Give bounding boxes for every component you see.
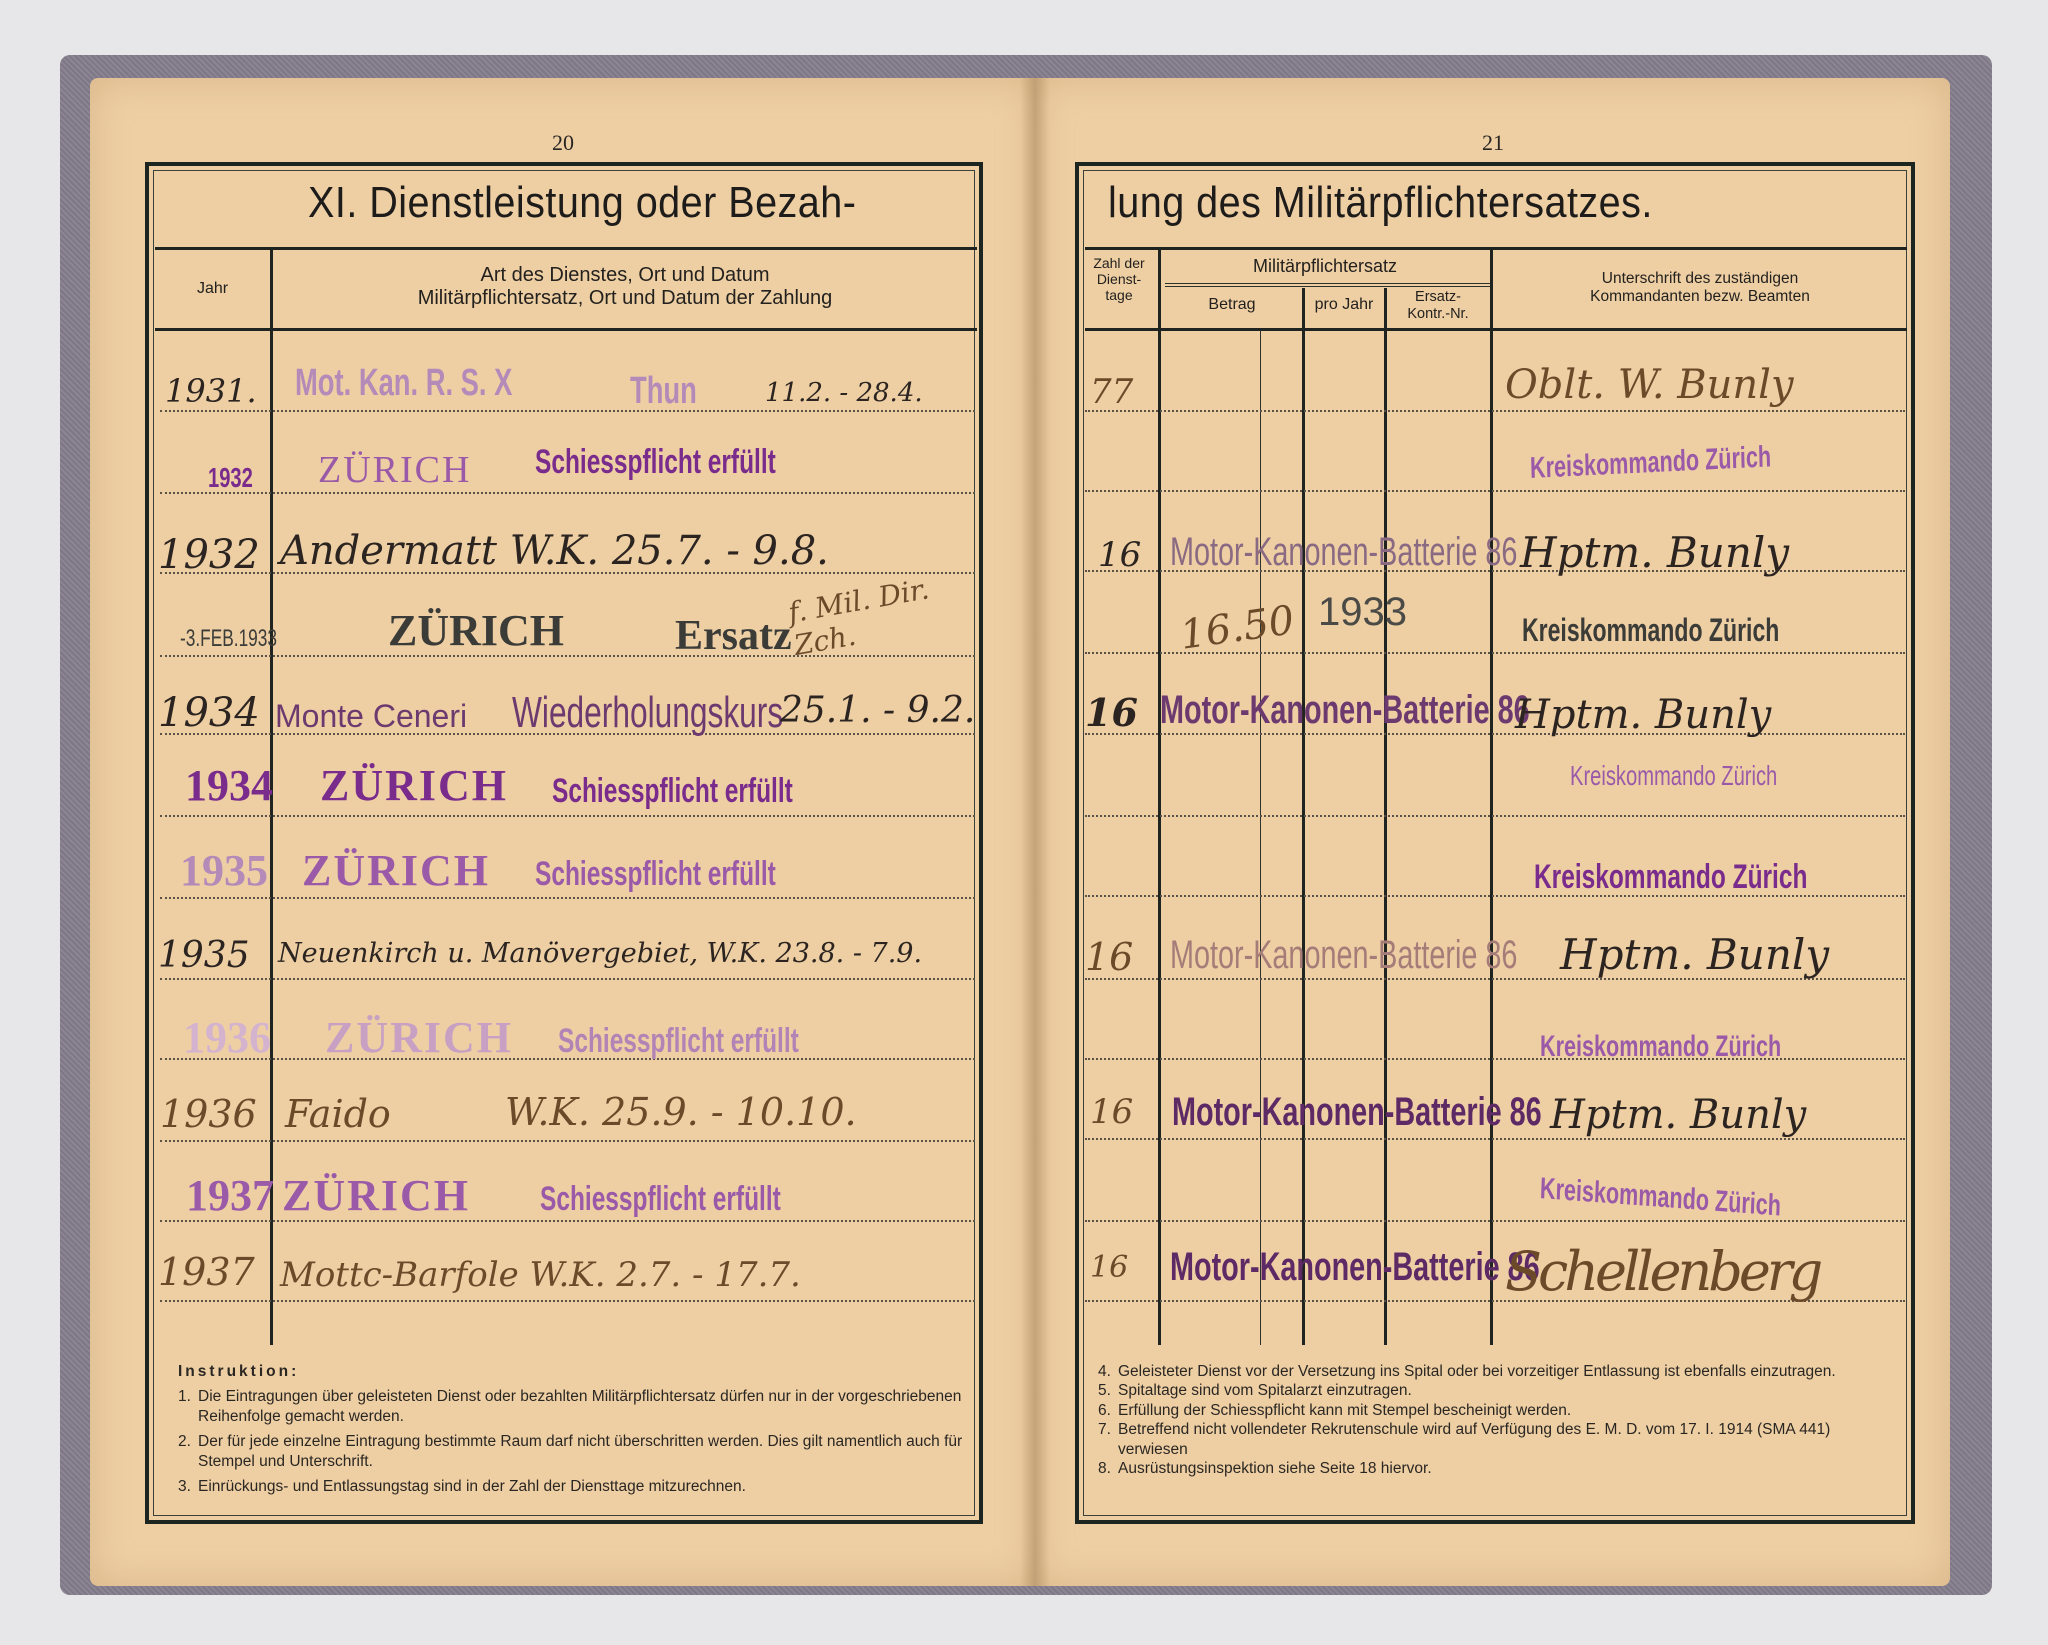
entry-year-stamp: 1935 — [180, 845, 268, 896]
entry-place: Thun — [630, 370, 697, 413]
column-header-service: Art des Dienstes, Ort und Datum Militärp… — [275, 264, 975, 310]
signature: Hptm. Bunly — [1550, 1092, 1806, 1138]
unit-stamp: Motor-Kanonen-Batterie 86 — [1170, 1245, 1540, 1290]
entry-year: 1937 — [158, 1250, 255, 1294]
row-rule — [160, 492, 975, 494]
instructions-title: Instruktion: — [178, 1362, 968, 1381]
entry-year-stamp: 1934 — [185, 760, 273, 811]
tax-group-rule — [1165, 286, 1490, 287]
service-days: 16 — [1085, 690, 1138, 735]
entry-note-stamp: Ersatz — [675, 612, 792, 660]
unit-stamp: Motor-Kanonen-Batterie 86 — [1170, 530, 1517, 575]
row-rule — [160, 897, 975, 899]
office-stamp: Kreiskommando Zürich — [1570, 760, 1777, 792]
tax-year-stamp: 1933 — [1318, 590, 1407, 635]
entry-note-stamp: Schiesspflicht erfüllt — [535, 855, 776, 894]
days-divider — [1158, 250, 1161, 1345]
unit-stamp: Motor-Kanonen-Batterie 86 — [1170, 933, 1517, 978]
left-title-rule — [155, 247, 977, 250]
column-header-tax-group: Militärpflichtersatz — [1162, 256, 1488, 277]
page-title-left: XI. Dienstleistung oder Bezah- — [308, 178, 856, 228]
entry-place-stamp: Monte Ceneri — [275, 698, 467, 735]
entry-year: 1934 — [158, 690, 260, 736]
entry-note-stamp: Schiesspflicht erfüllt — [558, 1022, 799, 1061]
column-header-amount: Betrag — [1162, 296, 1302, 314]
service-days: 77 — [1090, 372, 1133, 412]
instruction-item: 6. Erfüllung der Schiesspflicht kann mit… — [1098, 1401, 1888, 1420]
signature: Hptm. Bunly — [1520, 528, 1789, 577]
page-number-right: 21 — [1482, 130, 1504, 156]
office-stamp: Kreiskommando Zürich — [1540, 1030, 1781, 1064]
instruction-item: 2. Der für jede einzelne Eintragung best… — [178, 1432, 968, 1471]
column-header-signature: Unterschrift des zuständigen Kommandante… — [1495, 270, 1905, 306]
row-rule — [160, 655, 975, 657]
right-title-rule — [1085, 247, 1907, 250]
row-rule — [1085, 733, 1905, 735]
entry-note-stamp: Wiederholungskurs — [512, 688, 783, 738]
column-header-days: Zahl der Dienst- tage — [1080, 255, 1158, 303]
right-header-rule — [1085, 328, 1907, 331]
page-number-left: 20 — [552, 130, 574, 156]
unit-stamp: Motor-Kanonen-Batterie 86 — [1160, 688, 1530, 733]
entry-year: 1931. — [165, 372, 257, 410]
service-days: 16 — [1090, 1250, 1128, 1285]
entry-note: W.K. 25.9. - 10.10. — [505, 1090, 857, 1134]
row-rule — [160, 1140, 975, 1142]
entry-year-stamp: 1937 — [186, 1170, 274, 1221]
column-header-control-number: Ersatz- Kontr.-Nr. — [1386, 289, 1490, 322]
row-rule — [1085, 1058, 1905, 1060]
left-header-rule — [155, 328, 977, 331]
entry-year-stamp: 1936 — [183, 1012, 271, 1063]
signature: Hptm. Bunly — [1560, 930, 1829, 979]
row-rule — [1085, 1138, 1905, 1140]
row-rule — [160, 410, 975, 412]
column-header-per-year: pro Jahr — [1303, 296, 1385, 314]
instructions-right: 4. Geleisteter Dienst vor der Versetzung… — [1098, 1362, 1888, 1478]
entry-dates: 25.1. - 9.2. — [780, 690, 975, 731]
signature: Hptm. Bunly — [1515, 692, 1771, 738]
entry-stamp: Mot. Kan. R. S. X — [295, 362, 512, 405]
instructions-left: Instruktion: 1. Die Eintragungen über ge… — [178, 1362, 968, 1496]
entry-year: 1936 — [160, 1092, 257, 1136]
signature: Oblt. W. Bunly — [1505, 362, 1794, 408]
instruction-item: 1. Die Eintragungen über geleisteten Die… — [178, 1387, 968, 1426]
service-days: 16 — [1098, 535, 1141, 575]
book-gutter — [1020, 78, 1050, 1586]
entry-dates: 11.2. - 28.4. — [765, 378, 923, 408]
entry-text: Andermatt W.K. 25.7. - 9.8. — [280, 528, 829, 574]
entry-stamp: ZÜRICH — [282, 1170, 470, 1221]
unit-stamp: Motor-Kanonen-Batterie 86 — [1172, 1090, 1542, 1135]
office-stamp: Kreiskommando Zürich — [1534, 858, 1807, 897]
entry-text: Neuenkirch u. Manövergebiet, W.K. 23.8. … — [278, 938, 922, 969]
entry-note-stamp: Schiesspflicht erfüllt — [535, 443, 776, 482]
column-header-service-line2: Militärpflichtersatz, Ort und Datum der … — [275, 287, 975, 310]
service-days: 16 — [1085, 935, 1133, 979]
tax-group-rule — [1165, 283, 1490, 284]
entry-year: 1932 — [158, 532, 260, 578]
entry-stamp: ZÜRICH — [318, 448, 471, 492]
row-rule — [1085, 490, 1905, 492]
entry-year-stamp: 1932 — [208, 462, 253, 494]
instruction-item: 4. Geleisteter Dienst vor der Versetzung… — [1098, 1362, 1888, 1381]
row-rule — [160, 1300, 975, 1302]
entry-stamp: ZÜRICH — [388, 605, 564, 656]
row-rule — [1085, 815, 1905, 817]
entry-stamp: ZÜRICH — [320, 760, 508, 811]
row-rule — [160, 978, 975, 980]
instruction-item: 3. Einrückungs- und Entlassungstag sind … — [178, 1477, 968, 1496]
row-rule — [1085, 1220, 1905, 1222]
instruction-item: 7. Betreffend nicht vollendeter Rekruten… — [1098, 1420, 1888, 1459]
service-days: 16 — [1090, 1092, 1133, 1132]
signature: Schellenberg — [1505, 1240, 1819, 1303]
row-rule — [160, 815, 975, 817]
entry-year: 1935 — [158, 935, 250, 976]
column-header-service-line1: Art des Dienstes, Ort und Datum — [275, 264, 975, 287]
ctrl-divider — [1490, 250, 1493, 1345]
entry-text: Mottc-Barfole W.K. 2.7. - 17.7. — [280, 1255, 801, 1295]
entry-stamp: ZÜRICH — [302, 845, 490, 896]
instruction-item: 8. Ausrüstungsinspektion siehe Seite 18 … — [1098, 1459, 1888, 1478]
amount-subdivider — [1260, 330, 1261, 1345]
entry-place: Faido — [285, 1092, 391, 1136]
entry-note-stamp: Schiesspflicht erfüllt — [540, 1180, 781, 1219]
column-header-year: Jahr — [160, 280, 265, 298]
row-rule — [1085, 410, 1905, 412]
entry-note-stamp: Schiesspflicht erfüllt — [552, 772, 793, 811]
entry-stamp: ZÜRICH — [325, 1012, 513, 1063]
page-title-right: lung des Militärpflichtersatzes. — [1108, 178, 1653, 228]
office-stamp: Kreiskommando Zürich — [1522, 612, 1779, 649]
entry-date-stamp: -3.FEB.1933 — [180, 625, 277, 653]
instruction-item: 5. Spitaltage sind vom Spitalarzt einzut… — [1098, 1381, 1888, 1400]
